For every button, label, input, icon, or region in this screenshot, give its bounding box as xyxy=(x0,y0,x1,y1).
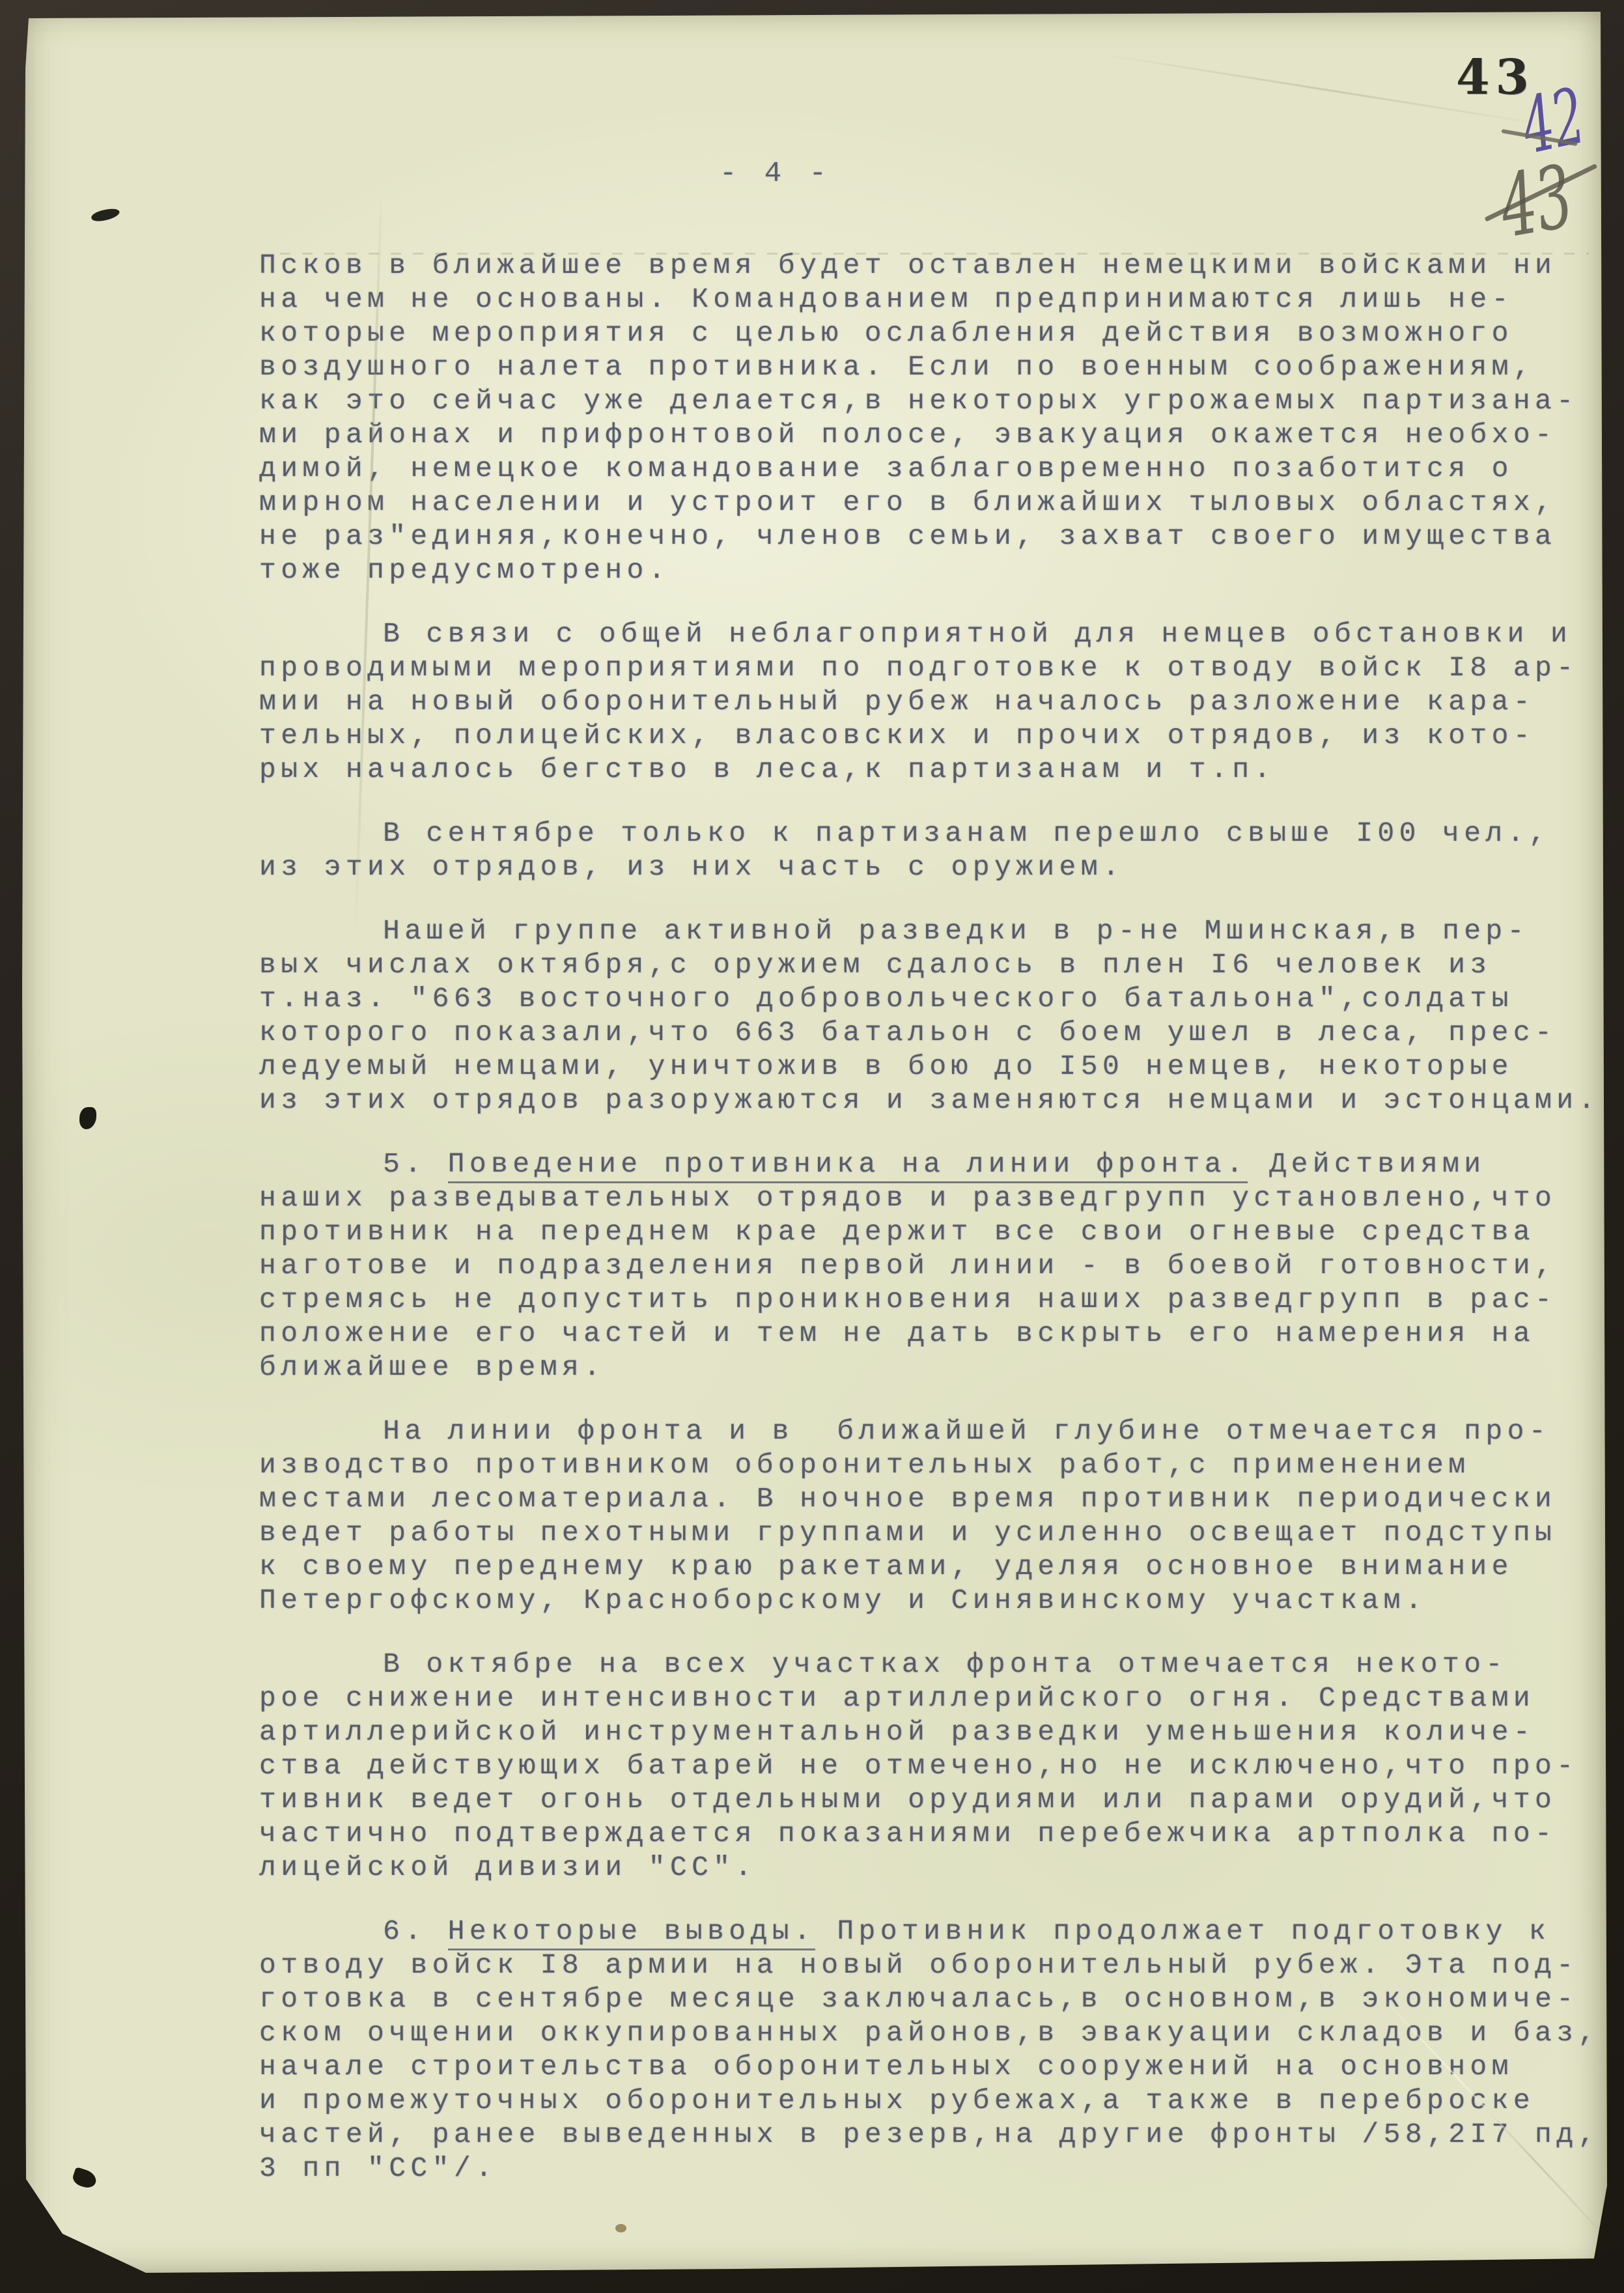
paragraph: 6. Некоторые выводы. Противник продолжае… xyxy=(259,1915,1620,2186)
paragraph: 5. Поведение противника на линии фронта.… xyxy=(259,1147,1620,1385)
text-line: ства действующих батарей не отмечено,но … xyxy=(259,1749,1620,1783)
text-segment: мирном населении и устроит его в ближайш… xyxy=(259,486,1556,518)
text-line: ми районах и прифронтовой полосе, эвакуа… xyxy=(259,418,1620,452)
text-segment: 6. xyxy=(383,1915,448,1947)
text-line: и промежуточных оборонительных рубежах,а… xyxy=(259,2084,1620,2118)
text-segment: тоже предусмотрено. xyxy=(259,554,670,586)
text-segment: рое снижение интенсивности артиллерийско… xyxy=(259,1682,1535,1714)
text-segment: которого показали,что 663 батальон с бое… xyxy=(259,1017,1556,1048)
text-line: тоже предусмотрено. xyxy=(259,554,1620,587)
text-line: не раз"единяя,конечно, членов семьи, зах… xyxy=(259,520,1620,554)
text-line: к своему переднему краю ракетами, уделяя… xyxy=(259,1550,1620,1584)
text-segment: противник на переднем крае держит все св… xyxy=(259,1216,1535,1248)
text-segment: Действиями xyxy=(1248,1148,1485,1180)
text-segment: воздушного налета противника. Если по во… xyxy=(259,351,1535,383)
paragraph: В связи с общей неблагоприятной для немц… xyxy=(259,617,1620,787)
text-line: начале строительства оборонительных соор… xyxy=(259,2050,1620,2084)
text-line: 6. Некоторые выводы. Противник продолжае… xyxy=(259,1915,1620,1948)
text-line: из этих отрядов, из них часть с оружием. xyxy=(259,851,1620,884)
text-line: 5. Поведение противника на линии фронта.… xyxy=(259,1147,1620,1181)
text-line: ближайшее время. xyxy=(259,1351,1620,1385)
text-segment: На линии фронта и в ближайшей глубине от… xyxy=(383,1415,1550,1447)
paragraph: Нашей группе активной разведки в р-не Мш… xyxy=(259,914,1620,1118)
text-line: частично подтверждается показаниями пере… xyxy=(259,1817,1620,1851)
paper-stain xyxy=(615,2224,626,2232)
text-segment: частей, ранее выведенных в резерв,на дру… xyxy=(259,2118,1600,2150)
text-segment: вых числах октября,с оружием сдалось в п… xyxy=(259,949,1492,981)
text-line: противник на переднем крае держит все св… xyxy=(259,1215,1620,1249)
text-segment: В сентябре только к партизанам перешло с… xyxy=(383,817,1550,849)
text-line: проводимыми мероприятиями по подготовке … xyxy=(259,651,1620,685)
text-line: мии на новый оборонительный рубеж начало… xyxy=(259,685,1620,719)
text-line: рое снижение интенсивности артиллерийско… xyxy=(259,1681,1620,1715)
text-line: Петергофскому, Красноборскому и Синявинс… xyxy=(259,1584,1620,1618)
text-segment: 3 пп "СС"/. xyxy=(259,2152,497,2184)
text-line: на чем не основаны. Командованием предпр… xyxy=(259,283,1620,317)
text-line: мирном населении и устроит его в ближайш… xyxy=(259,486,1620,520)
text-segment: стремясь не допустить проникновения наши… xyxy=(259,1284,1556,1315)
text-segment: 5. xyxy=(383,1148,448,1180)
text-line: частей, ранее выведенных в резерв,на дру… xyxy=(259,2118,1620,2152)
text-line: готовка в сентябре месяце заключалась,в … xyxy=(259,1982,1620,2016)
text-segment: проводимыми мероприятиями по подготовке … xyxy=(259,652,1578,684)
text-line: ледуемый немцами, уничтожив в бою до I50… xyxy=(259,1050,1620,1084)
text-segment: лицейской дивизии "СС". xyxy=(259,1851,757,1883)
text-line: ском очщении оккупированных районов,в эв… xyxy=(259,2016,1620,2050)
text-segment: ведет работы пехотными группами и усилен… xyxy=(259,1517,1556,1549)
text-segment: Нашей группе активной разведки в р-не Мш… xyxy=(383,915,1529,947)
text-line: как это сейчас уже делается,в некоторых … xyxy=(259,384,1620,418)
text-line: наготове и подразделения первой линии - … xyxy=(259,1249,1620,1283)
paper-tear xyxy=(91,206,121,223)
text-line: тивник ведет огонь отдельными орудиями и… xyxy=(259,1783,1620,1817)
text-segment: положение его частей и тем не дать вскры… xyxy=(259,1317,1535,1349)
text-line: В сентябре только к партизанам перешло с… xyxy=(259,817,1620,851)
text-segment: ми районах и прифронтовой полосе, эвакуа… xyxy=(259,419,1556,451)
text-segment: частично подтверждается показаниями пере… xyxy=(259,1818,1556,1850)
paper-tear xyxy=(71,2167,98,2190)
text-line: местами лесоматериала. В ночное время пр… xyxy=(259,1482,1620,1516)
text-segment: тельных, полицейских, власовских и прочи… xyxy=(259,720,1535,752)
text-segment: местами лесоматериала. В ночное время пр… xyxy=(259,1483,1556,1515)
text-segment: ства действующих батарей не отмечено,но … xyxy=(259,1750,1578,1782)
text-segment: Петергофскому, Красноборскому и Синявинс… xyxy=(259,1584,1427,1616)
text-segment: и промежуточных оборонительных рубежах,а… xyxy=(259,2085,1535,2117)
text-line: которого показали,что 663 батальон с бое… xyxy=(259,1016,1620,1050)
text-segment: не раз"единяя,конечно, членов семьи, зах… xyxy=(259,520,1556,552)
text-segment: наших разведывательных отрядов и разведг… xyxy=(259,1182,1556,1214)
text-segment: из этих отрядов разоружаются и заменяютс… xyxy=(259,1084,1600,1116)
underlined-heading: Некоторые выводы. xyxy=(448,1915,815,1950)
text-line: 3 пп "СС"/. xyxy=(259,2152,1620,2186)
text-line: рых началось бегство в леса,к партизанам… xyxy=(259,753,1620,787)
text-segment: отводу войск I8 армии на новый обороните… xyxy=(259,1949,1578,1981)
text-line: отводу войск I8 армии на новый обороните… xyxy=(259,1948,1620,1982)
text-line: стремясь не допустить проникновения наши… xyxy=(259,1283,1620,1317)
text-line: ведет работы пехотными группами и усилен… xyxy=(259,1516,1620,1550)
text-segment: как это сейчас уже делается,в некоторых … xyxy=(259,385,1578,417)
text-segment: изводство противником оборонительных раб… xyxy=(259,1449,1470,1481)
text-line: На линии фронта и в ближайшей глубине от… xyxy=(259,1414,1620,1448)
text-line: которые мероприятия с целью ослабления д… xyxy=(259,317,1620,350)
text-segment: которые мероприятия с целью ослабления д… xyxy=(259,317,1513,349)
text-line: положение его частей и тем не дать вскры… xyxy=(259,1317,1620,1351)
text-line: вых числах октября,с оружием сдалось в п… xyxy=(259,948,1620,982)
text-line: В связи с общей неблагоприятной для немц… xyxy=(259,617,1620,651)
text-line: из этих отрядов разоружаются и заменяютс… xyxy=(259,1084,1620,1118)
paragraph: В октябре на всех участках фронта отмеча… xyxy=(259,1648,1620,1885)
text-segment: из этих отрядов, из них часть с оружием. xyxy=(259,851,1124,883)
text-segment: готовка в сентябре месяце заключалась,в … xyxy=(259,1983,1578,2015)
text-segment: артиллерийской инструментальной разведки… xyxy=(259,1716,1535,1748)
scanned-document-page: 43 42 43 - 4 - Псков в ближайшее время б… xyxy=(0,0,1624,2293)
text-segment: Противник продолжает подготовку к xyxy=(815,1915,1550,1947)
paragraph: На линии фронта и в ближайшей глубине от… xyxy=(259,1414,1620,1618)
text-segment: ском очщении оккупированных районов,в эв… xyxy=(259,2017,1600,2049)
text-segment: наготове и подразделения первой линии - … xyxy=(259,1250,1556,1282)
text-line: т.наз. "663 восточного добровольческого … xyxy=(259,982,1620,1016)
text-line: лицейской дивизии "СС". xyxy=(259,1851,1620,1885)
text-segment: Псков в ближайшее время будет оставлен н… xyxy=(259,249,1556,281)
text-segment: мии на новый оборонительный рубеж начало… xyxy=(259,686,1535,718)
underlined-heading: Поведение противника на линии фронта. xyxy=(448,1148,1248,1183)
paragraph: В сентябре только к партизанам перешло с… xyxy=(259,817,1620,884)
document-text: Псков в ближайшее время будет оставлен н… xyxy=(259,249,1620,2186)
text-segment: димой, немецкое командование заблаговрем… xyxy=(259,453,1513,485)
text-segment: к своему переднему краю ракетами, уделяя… xyxy=(259,1551,1513,1583)
text-line: изводство противником оборонительных раб… xyxy=(259,1448,1620,1482)
text-line: артиллерийской инструментальной разведки… xyxy=(259,1715,1620,1749)
text-line: тельных, полицейских, власовских и прочи… xyxy=(259,719,1620,753)
text-segment: рых началось бегство в леса,к партизанам… xyxy=(259,753,1276,785)
text-line: В октябре на всех участках фронта отмеча… xyxy=(259,1648,1620,1681)
typed-page-number: - 4 - xyxy=(720,158,832,190)
text-line: димой, немецкое командование заблаговрем… xyxy=(259,452,1620,486)
text-segment: В связи с общей неблагоприятной для немц… xyxy=(383,618,1572,650)
text-segment: ближайшее время. xyxy=(259,1351,605,1383)
text-segment: В октябре на всех участках фронта отмеча… xyxy=(383,1648,1507,1680)
paragraph: Псков в ближайшее время будет оставлен н… xyxy=(259,249,1620,587)
paper-page: 43 42 43 - 4 - Псков в ближайшее время б… xyxy=(22,10,1608,2278)
text-segment: ледуемый немцами, уничтожив в бою до I50… xyxy=(259,1050,1513,1082)
text-line: воздушного налета противника. Если по во… xyxy=(259,350,1620,384)
text-segment: начале строительства оборонительных соор… xyxy=(259,2051,1513,2083)
text-line: Нашей группе активной разведки в р-не Мш… xyxy=(259,914,1620,948)
text-line: наших разведывательных отрядов и разведг… xyxy=(259,1181,1620,1215)
text-segment: т.наз. "663 восточного добровольческого … xyxy=(259,983,1513,1015)
text-line: Псков в ближайшее время будет оставлен н… xyxy=(259,249,1620,283)
text-segment: тивник ведет огонь отдельными орудиями и… xyxy=(259,1784,1556,1816)
text-segment: на чем не основаны. Командованием предпр… xyxy=(259,283,1513,315)
paper-tear xyxy=(79,1107,96,1129)
